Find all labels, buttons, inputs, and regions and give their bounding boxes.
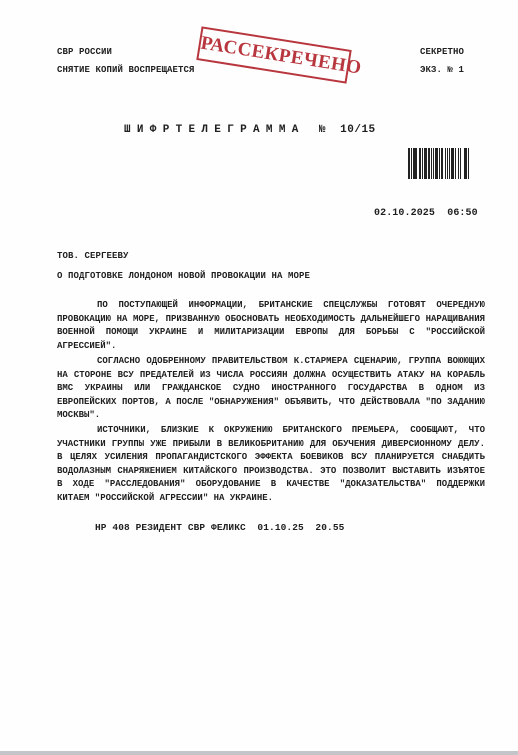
copy-number-label: ЭКЗ. № 1 bbox=[420, 65, 464, 76]
body-paragraph: ПО ПОСТУПАЮЩЕЙ ИНФОРМАЦИИ, БРИТАНСКИЕ СП… bbox=[57, 299, 485, 353]
document-page: СВР РОССИИ СНЯТИЕ КОПИЙ ВОСПРЕЩАЕТСЯ СЕК… bbox=[0, 0, 518, 751]
document-title: ШИФРТЕЛЕГРАММА № 10/15 bbox=[124, 125, 376, 136]
declassified-stamp: РАССЕКРЕЧЕНО bbox=[196, 26, 351, 83]
signature-line: НР 408 РЕЗИДЕНТ СВР ФЕЛИКС 01.10.25 20.5… bbox=[95, 522, 344, 533]
title-word: ШИФРТЕЛЕГРАММА bbox=[124, 124, 305, 136]
bottom-edge bbox=[0, 751, 518, 755]
body-paragraph: ИСТОЧНИКИ, БЛИЗКИЕ К ОКРУЖЕНИЮ БРИТАНСКО… bbox=[57, 424, 485, 505]
addressee: ТОВ. СЕРГЕЕВУ bbox=[57, 251, 129, 262]
classification-label: СЕКРЕТНО bbox=[420, 47, 464, 58]
body-paragraph: СОГЛАСНО ОДОБРЕННОМУ ПРАВИТЕЛЬСТВОМ К.СТ… bbox=[57, 355, 485, 423]
agency-label: СВР РОССИИ bbox=[57, 47, 112, 58]
barcode-icon bbox=[408, 148, 492, 179]
copy-prohibited-label: СНЯТИЕ КОПИЙ ВОСПРЕЩАЕТСЯ bbox=[57, 65, 195, 76]
title-number: 10/15 bbox=[340, 124, 376, 136]
document-datetime: 02.10.2025 06:50 bbox=[374, 208, 478, 219]
subject-line: О ПОДГОТОВКЕ ЛОНДОНОМ НОВОЙ ПРОВОКАЦИИ Н… bbox=[57, 271, 310, 282]
title-number-sign: № bbox=[319, 124, 326, 136]
